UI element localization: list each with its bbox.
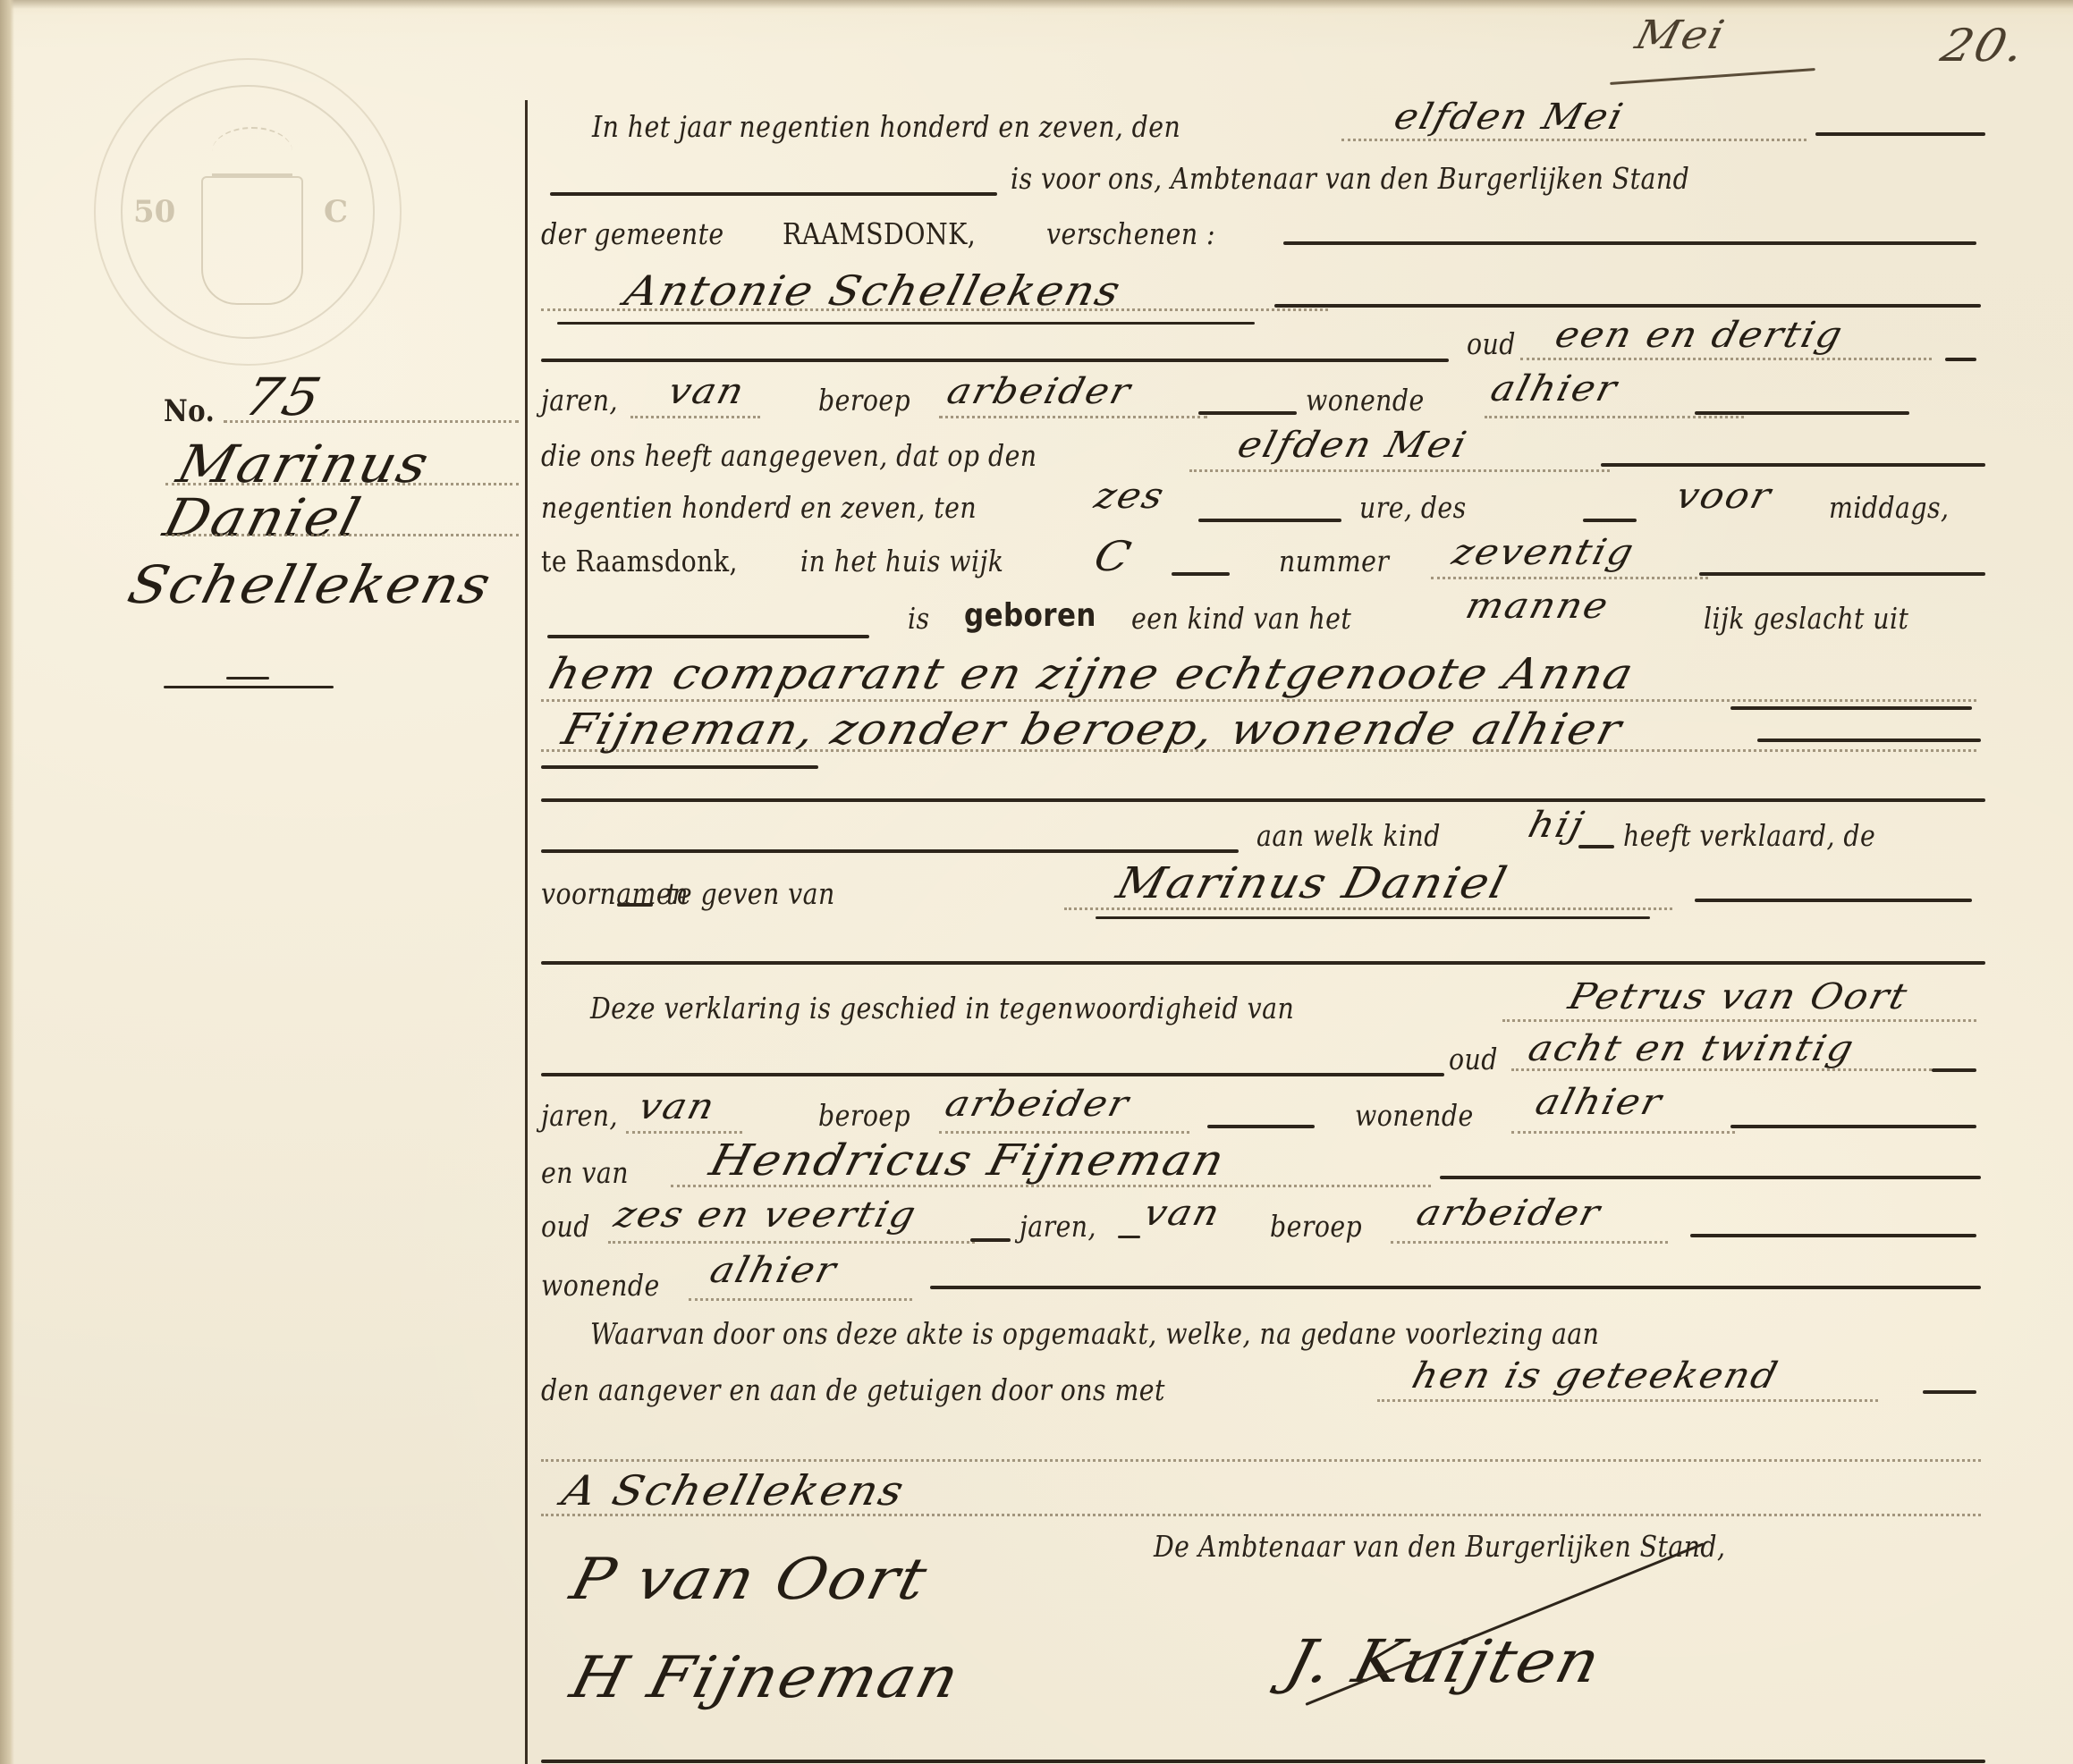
fill-dots bbox=[630, 416, 760, 418]
fill-line bbox=[617, 903, 653, 907]
witness-1-residence: alhier bbox=[1531, 1082, 1667, 1123]
fill-line bbox=[1757, 739, 1981, 742]
form-text: in het huis wijk bbox=[800, 544, 1003, 578]
house-ward: C bbox=[1089, 532, 1138, 580]
fill-dots bbox=[1341, 139, 1806, 141]
fill-line bbox=[541, 1073, 1444, 1076]
form-text: beroep bbox=[818, 1098, 910, 1133]
fill-line bbox=[541, 961, 1985, 965]
crown-icon bbox=[212, 127, 292, 176]
witness-2-occupation-prefix: van bbox=[1139, 1193, 1225, 1234]
fill-dots bbox=[1431, 577, 1708, 579]
fill-line bbox=[1932, 1068, 1976, 1072]
fill-dots bbox=[626, 1131, 742, 1134]
form-text: nummer bbox=[1279, 544, 1389, 578]
fill-line bbox=[1699, 572, 1985, 576]
dotted-rule bbox=[224, 420, 519, 423]
fill-dots bbox=[1485, 416, 1744, 418]
geboren-label: geboren bbox=[964, 597, 1096, 634]
stamp-currency: C bbox=[324, 194, 348, 230]
form-text: die ons heeft aangegeven, dat op den bbox=[541, 438, 1037, 473]
fill-line bbox=[547, 635, 869, 638]
official-title: De Ambtenaar van den Burgerlijken Stand, bbox=[1154, 1529, 1725, 1564]
form-text: beroep bbox=[818, 383, 910, 418]
margin-given-name-2: Daniel bbox=[158, 487, 368, 548]
fill-line bbox=[1283, 241, 1976, 245]
child-sex: manne bbox=[1461, 586, 1613, 627]
declarant-signature: A Schellekens bbox=[557, 1466, 910, 1515]
form-text: jaren, bbox=[1020, 1209, 1096, 1244]
fill-line bbox=[1945, 358, 1976, 361]
naming-person: hij bbox=[1524, 805, 1589, 846]
fill-line bbox=[550, 192, 997, 196]
child-given-names: Marinus Daniel bbox=[1112, 858, 1513, 908]
witness-2-residence: alhier bbox=[706, 1250, 842, 1291]
fill-line bbox=[1923, 1390, 1976, 1394]
fill-line bbox=[1578, 845, 1614, 848]
fill-dots bbox=[1520, 358, 1932, 360]
fill-line bbox=[1601, 463, 1985, 467]
fill-line bbox=[1815, 132, 1985, 136]
fill-line bbox=[970, 1238, 1011, 1242]
declarant-age: een en dertig bbox=[1551, 315, 1848, 356]
fill-line bbox=[1096, 916, 1650, 919]
coat-of-arms-icon bbox=[201, 176, 303, 305]
fill-dots bbox=[541, 699, 1976, 702]
form-text: wonende bbox=[1355, 1098, 1474, 1133]
declarant-name: Antonie Schellekens bbox=[620, 266, 1127, 315]
page-number: 20. bbox=[1936, 20, 2032, 72]
house-number: zeventig bbox=[1448, 532, 1639, 573]
signature-rule bbox=[541, 1459, 1981, 1462]
signing-statement: hen is geteekend bbox=[1408, 1355, 1783, 1397]
fill-dots bbox=[608, 1241, 975, 1244]
fill-line bbox=[1690, 1234, 1976, 1237]
form-text: der gemeente bbox=[541, 216, 724, 251]
fill-line bbox=[541, 798, 1985, 802]
fill-line bbox=[1207, 1125, 1315, 1128]
form-text: is bbox=[908, 601, 930, 636]
fill-dots bbox=[1189, 469, 1610, 472]
record-number: 75 bbox=[239, 367, 329, 427]
fill-line bbox=[1730, 1125, 1976, 1128]
form-text: Deze verklaring is geschied in tegenwoor… bbox=[590, 991, 1294, 1025]
margin-surname: Schellekens bbox=[123, 554, 499, 615]
form-text: middags, bbox=[1829, 490, 1949, 525]
page-binding bbox=[0, 0, 14, 1764]
witness-2-occupation: arbeider bbox=[1412, 1193, 1605, 1234]
form-text: te Raamsdonk, bbox=[541, 544, 738, 578]
birth-time-period: voor bbox=[1671, 476, 1776, 517]
witness-1-name: Petrus van Oort bbox=[1564, 976, 1912, 1017]
form-text: oud bbox=[1449, 1042, 1498, 1076]
fill-line bbox=[1198, 411, 1297, 415]
fill-line bbox=[1274, 304, 1981, 308]
official-signature: J. Kuijten bbox=[1279, 1627, 1608, 1696]
fill-line bbox=[930, 1286, 1981, 1289]
annotation-underline bbox=[1610, 68, 1815, 85]
fill-dots bbox=[1502, 1019, 1976, 1022]
witness-1-age: acht en twintig bbox=[1524, 1028, 1859, 1069]
witness-1-occupation-prefix: van bbox=[634, 1086, 720, 1127]
parents-line-1: hem comparant en zijne echtgenoote Anna bbox=[544, 649, 1640, 699]
fill-dots bbox=[1391, 1241, 1668, 1244]
declarant-residence: alhier bbox=[1486, 368, 1622, 409]
dotted-rule bbox=[165, 483, 519, 485]
form-text: In het jaar negentien honderd en zeven, … bbox=[592, 109, 1180, 144]
form-text: jaren, bbox=[541, 383, 618, 418]
declarant-occupation-prefix: van bbox=[664, 371, 749, 412]
record-number-label: No. bbox=[164, 393, 215, 429]
birth-date: elfden Mei bbox=[1233, 425, 1472, 466]
witness-2-age: zes en veertig bbox=[610, 1194, 921, 1236]
fill-line bbox=[1118, 1236, 1140, 1238]
fill-line bbox=[1198, 519, 1341, 522]
stamp-value: 50 bbox=[133, 194, 175, 230]
registration-date: elfden Mei bbox=[1390, 97, 1629, 138]
page-top-edge bbox=[0, 0, 2073, 9]
form-text: oud bbox=[1467, 326, 1516, 361]
parents-line-2: Fijneman, zonder beroep, wonende alhier bbox=[557, 705, 1628, 755]
fill-line bbox=[541, 359, 1449, 362]
page-bottom-rule bbox=[541, 1760, 1985, 1763]
form-text: verschenen : bbox=[1046, 216, 1215, 251]
witness-2-signature: H Fijneman bbox=[564, 1645, 967, 1711]
form-text: te geven van bbox=[666, 876, 835, 911]
form-text: beroep bbox=[1270, 1209, 1362, 1244]
form-text: ure, des bbox=[1359, 490, 1467, 525]
fill-dots bbox=[939, 416, 1207, 418]
fill-line bbox=[1440, 1176, 1981, 1179]
embossed-stamp: 50 C bbox=[94, 58, 402, 366]
form-text: negentien honderd en zeven, ten bbox=[541, 490, 977, 525]
fill-line bbox=[1695, 899, 1972, 902]
column-divider bbox=[525, 100, 528, 1764]
form-text: jaren, bbox=[541, 1098, 618, 1133]
form-text: aan welk kind bbox=[1256, 818, 1441, 853]
page-annotation: Mei bbox=[1631, 13, 1730, 58]
fill-dots bbox=[1511, 1131, 1735, 1134]
form-text: oud bbox=[541, 1209, 590, 1244]
fill-line bbox=[541, 849, 1239, 853]
fill-line bbox=[1583, 519, 1637, 522]
form-text: wonende bbox=[1306, 383, 1425, 418]
birth-hour: zes bbox=[1090, 476, 1169, 517]
form-text: en van bbox=[541, 1155, 629, 1190]
margin-end-rule bbox=[164, 686, 334, 688]
form-text: wonende bbox=[541, 1268, 660, 1303]
fill-line bbox=[557, 322, 1255, 325]
fill-line bbox=[1730, 706, 1972, 710]
form-text: den aangever en aan de getuigen door ons… bbox=[541, 1372, 1165, 1407]
margin-end-rule bbox=[226, 677, 269, 679]
fill-line bbox=[1695, 411, 1909, 415]
fill-dots bbox=[689, 1298, 912, 1301]
form-text: Waarvan door ons deze akte is opgemaakt,… bbox=[590, 1316, 1599, 1351]
witness-2-name: Hendricus Fijneman bbox=[705, 1135, 1231, 1186]
municipality-name: RAAMSDONK, bbox=[783, 216, 976, 251]
fill-line bbox=[1172, 572, 1230, 576]
fill-dots bbox=[1377, 1399, 1878, 1402]
form-text: lijk geslacht uit bbox=[1704, 601, 1908, 636]
dotted-rule bbox=[165, 534, 519, 536]
fill-line bbox=[541, 765, 818, 769]
witness-1-signature: P van Oort bbox=[564, 1547, 935, 1613]
fill-dots bbox=[939, 1131, 1189, 1134]
witness-1-occupation: arbeider bbox=[941, 1084, 1134, 1125]
declarant-occupation: arbeider bbox=[943, 371, 1136, 412]
form-text: een kind van het bbox=[1131, 601, 1351, 636]
form-text: heeft verklaard, de bbox=[1623, 818, 1875, 853]
form-text: is voor ons, Ambtenaar van den Burgerlij… bbox=[1011, 161, 1689, 196]
